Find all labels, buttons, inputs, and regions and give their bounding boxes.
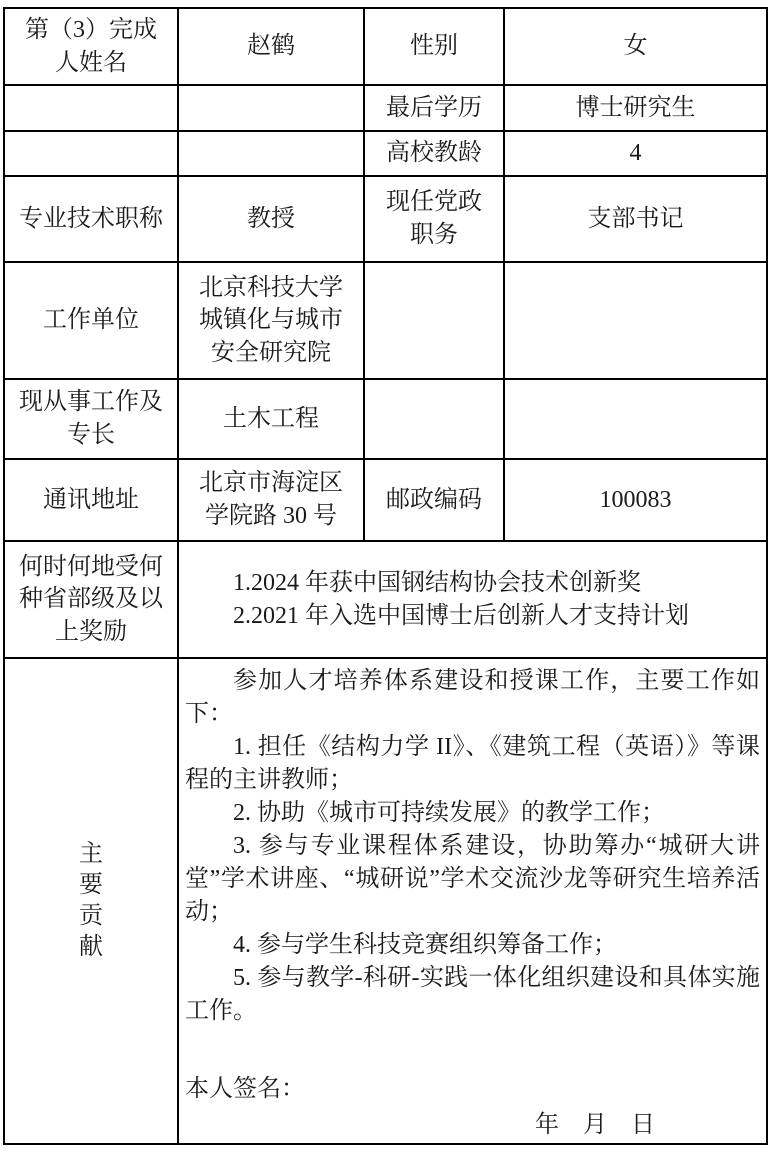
empty-cell — [504, 379, 767, 459]
empty-cell — [504, 262, 767, 379]
party-position-value: 支部书记 — [588, 206, 684, 232]
teaching-age-value: 4 — [630, 140, 642, 166]
education-label-cell: 最后学历 — [364, 85, 504, 131]
empty-cell — [4, 85, 178, 131]
gender-label-cell: 性别 — [364, 8, 504, 85]
gender-label: 性别 — [410, 33, 458, 59]
postcode-label-cell: 邮政编码 — [364, 459, 504, 541]
empty-cell — [364, 379, 504, 459]
teaching-age-value-cell: 4 — [504, 131, 767, 176]
current-work-label: 现从事工作及 专长 — [19, 389, 163, 448]
row-teaching-age: 高校教龄 4 — [4, 131, 767, 176]
contributions-label-cell: 主要贡献 — [4, 658, 178, 1144]
professional-title-value-cell: 教授 — [178, 176, 364, 262]
address-value: 北京市海淀区 学院路 30 号 — [199, 470, 343, 529]
address-label: 通讯地址 — [43, 487, 139, 513]
awards-value-cell: 1.2024 年获中国钢结构协会技术创新奖2.2021 年入选中国博士后创新人才… — [178, 541, 767, 658]
awards-label: 何时何地受何 种省部级及以 上奖励 — [19, 554, 163, 645]
empty-cell — [364, 262, 504, 379]
gender-value: 女 — [624, 33, 648, 59]
education-value-cell: 博士研究生 — [504, 85, 767, 131]
education-value: 博士研究生 — [576, 95, 696, 121]
awards-list: 1.2024 年获中国钢结构协会技术创新奖2.2021 年入选中国博士后创新人才… — [185, 567, 758, 633]
professional-title-label-cell: 专业技术职称 — [4, 176, 178, 262]
empty-cell — [4, 131, 178, 176]
contributions-paragraphs: 参加人才培养体系建设和授课工作，主要工作如下：1. 担任《结构力学 II》、《建… — [185, 665, 760, 1028]
row-name-gender: 第（3）完成 人姓名 赵鹤 性别 女 — [4, 8, 767, 85]
contribution-paragraph: 5. 参与教学-科研-实践一体化组织建设和具体实施工作。 — [185, 962, 760, 1028]
party-position-label-cell: 现任党政 职务 — [364, 176, 504, 262]
education-label: 最后学历 — [386, 95, 482, 121]
completer-name-value-cell: 赵鹤 — [178, 8, 364, 85]
work-unit-label: 工作单位 — [43, 307, 139, 333]
professional-title-value: 教授 — [247, 206, 295, 232]
postcode-value: 100083 — [600, 487, 672, 513]
contribution-paragraph: 3. 参与专业课程体系建设，协助筹办“城研大讲堂”学术讲座、“城研说”学术交流沙… — [185, 830, 760, 929]
current-work-label-cell: 现从事工作及 专长 — [4, 379, 178, 459]
date-line: 年 月 日 — [185, 1109, 760, 1141]
address-label-cell: 通讯地址 — [4, 459, 178, 541]
contributions-label: 主要贡献 — [78, 839, 104, 963]
award-line-item: 1.2024 年获中国钢结构协会技术创新奖 — [185, 567, 758, 600]
row-address-postcode: 通讯地址 北京市海淀区 学院路 30 号 邮政编码 100083 — [4, 459, 767, 541]
contribution-paragraph: 1. 担任《结构力学 II》、《建筑工程（英语）》等课程的主讲教师； — [185, 731, 760, 797]
empty-cell — [178, 131, 364, 176]
contribution-paragraph: 4. 参与学生科技竞赛组织筹备工作； — [185, 929, 760, 962]
completer-info-table: 第（3）完成 人姓名 赵鹤 性别 女 最后学历 博士研究生 高校教龄 4 专业技… — [3, 7, 768, 1145]
address-value-cell: 北京市海淀区 学院路 30 号 — [178, 459, 364, 541]
awards-label-cell: 何时何地受何 种省部级及以 上奖励 — [4, 541, 178, 658]
teaching-age-label: 高校教龄 — [386, 140, 482, 166]
signature-label: 本人签名： — [185, 1073, 760, 1106]
professional-title-label: 专业技术职称 — [19, 206, 163, 232]
work-unit-label-cell: 工作单位 — [4, 262, 178, 379]
work-unit-value-cell: 北京科技大学 城镇化与城市 安全研究院 — [178, 262, 364, 379]
current-work-value: 土木工程 — [223, 406, 319, 432]
completer-name-label: 第（3）完成 人姓名 — [25, 17, 157, 76]
contributions-body: 参加人才培养体系建设和授课工作，主要工作如下：1. 担任《结构力学 II》、《建… — [185, 665, 760, 1141]
row-education: 最后学历 博士研究生 — [4, 85, 767, 131]
completer-name-value: 赵鹤 — [247, 33, 295, 59]
party-position-value-cell: 支部书记 — [504, 176, 767, 262]
row-title-party: 专业技术职称 教授 现任党政 职务 支部书记 — [4, 176, 767, 262]
contribution-paragraph: 参加人才培养体系建设和授课工作，主要工作如下： — [185, 665, 760, 731]
completer-name-label-cell: 第（3）完成 人姓名 — [4, 8, 178, 85]
row-current-work: 现从事工作及 专长 土木工程 — [4, 379, 767, 459]
row-contributions: 主要贡献 参加人才培养体系建设和授课工作，主要工作如下：1. 担任《结构力学 I… — [4, 658, 767, 1144]
postcode-value-cell: 100083 — [504, 459, 767, 541]
party-position-label: 现任党政 职务 — [386, 189, 482, 248]
teaching-age-label-cell: 高校教龄 — [364, 131, 504, 176]
gender-value-cell: 女 — [504, 8, 767, 85]
award-line-item: 2.2021 年入选中国博士后创新人才支持计划 — [185, 600, 758, 633]
contributions-value-cell: 参加人才培养体系建设和授课工作，主要工作如下：1. 担任《结构力学 II》、《建… — [178, 658, 767, 1144]
row-awards: 何时何地受何 种省部级及以 上奖励 1.2024 年获中国钢结构协会技术创新奖2… — [4, 541, 767, 658]
empty-cell — [178, 85, 364, 131]
postcode-label: 邮政编码 — [386, 487, 482, 513]
work-unit-value: 北京科技大学 城镇化与城市 安全研究院 — [199, 275, 343, 366]
row-work-unit: 工作单位 北京科技大学 城镇化与城市 安全研究院 — [4, 262, 767, 379]
contribution-paragraph: 2. 协助《城市可持续发展》的教学工作； — [185, 797, 760, 830]
personnel-form-page: 第（3）完成 人姓名 赵鹤 性别 女 最后学历 博士研究生 高校教龄 4 专业技… — [0, 0, 771, 1155]
current-work-value-cell: 土木工程 — [178, 379, 364, 459]
